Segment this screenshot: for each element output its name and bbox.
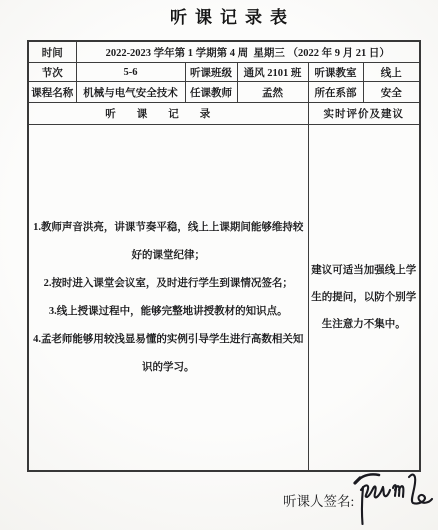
observation-form-table: 时间 2022-2023 学年第 1 学期第 4 周 星期三 （2022 年 9… bbox=[27, 40, 421, 472]
scanned-observation-form: 听课记录表 时间 2022-2023 学年第 1 学期第 4 周 星期三 （20… bbox=[0, 0, 438, 530]
record-content-cell: 1.教师声音洪亮，讲课节奏平稳，线上上课期间能够维持较好的课堂纪律； 2.按时进… bbox=[28, 125, 308, 472]
teacher-label: 任课教师 bbox=[185, 82, 237, 103]
evaluation-content-cell: 建议可适当加强线上学生的提问，以防个别学生注意力不集中。 bbox=[308, 125, 420, 472]
teacher-value: 孟然 bbox=[237, 82, 308, 103]
content-row: 1.教师声音洪亮，讲课节奏平稳，线上上课期间能够维持较好的课堂纪律； 2.按时进… bbox=[28, 125, 420, 472]
course-row: 课程名称 机械与电气安全技术 任课教师 孟然 所在系部 安全 bbox=[28, 82, 420, 103]
session-row: 节次 5-6 听课班级 通风 2101 班 听课教室 线上 bbox=[28, 63, 420, 82]
evaluation-text: 建议可适当加强线上学生的提问，以防个别学生注意力不集中。 bbox=[309, 257, 420, 338]
signature-handwriting-icon bbox=[348, 466, 436, 526]
department-label: 所在系部 bbox=[308, 82, 363, 103]
record-item-2: 2.按时进入课堂会议室，及时进行学生到课情况签名； bbox=[29, 270, 308, 298]
record-item-4: 4.孟老师能够用较浅显易懂的实例引导学生进行高数相关知识的学习。 bbox=[29, 326, 308, 382]
course-value: 机械与电气安全技术 bbox=[76, 82, 185, 103]
record-section-header: 听课记录 bbox=[28, 103, 308, 125]
session-value: 5-6 bbox=[76, 63, 185, 82]
record-item-1: 1.教师声音洪亮，讲课节奏平稳，线上上课期间能够维持较好的课堂纪律； bbox=[29, 214, 308, 270]
session-label: 节次 bbox=[28, 63, 76, 82]
section-header-row: 听课记录 实时评价及建议 bbox=[28, 103, 420, 125]
classroom-value: 线上 bbox=[363, 63, 420, 82]
evaluation-section-header: 实时评价及建议 bbox=[308, 103, 420, 125]
time-value: 2022-2023 学年第 1 学期第 4 周 星期三 （2022 年 9 月 … bbox=[76, 41, 420, 63]
signer-label: 听课人签名: bbox=[283, 490, 354, 510]
page-title: 听课记录表 bbox=[170, 3, 295, 28]
time-label: 时间 bbox=[28, 41, 76, 63]
department-value: 安全 bbox=[363, 82, 420, 103]
class-observed-label: 听课班级 bbox=[185, 63, 237, 82]
record-item-3: 3.线上授课过程中，能够完整地讲授教材的知识点。 bbox=[29, 298, 308, 326]
class-observed-value: 通风 2101 班 bbox=[237, 63, 308, 82]
time-row: 时间 2022-2023 学年第 1 学期第 4 周 星期三 （2022 年 9… bbox=[28, 41, 420, 63]
course-label: 课程名称 bbox=[28, 82, 76, 103]
classroom-label: 听课教室 bbox=[308, 63, 363, 82]
